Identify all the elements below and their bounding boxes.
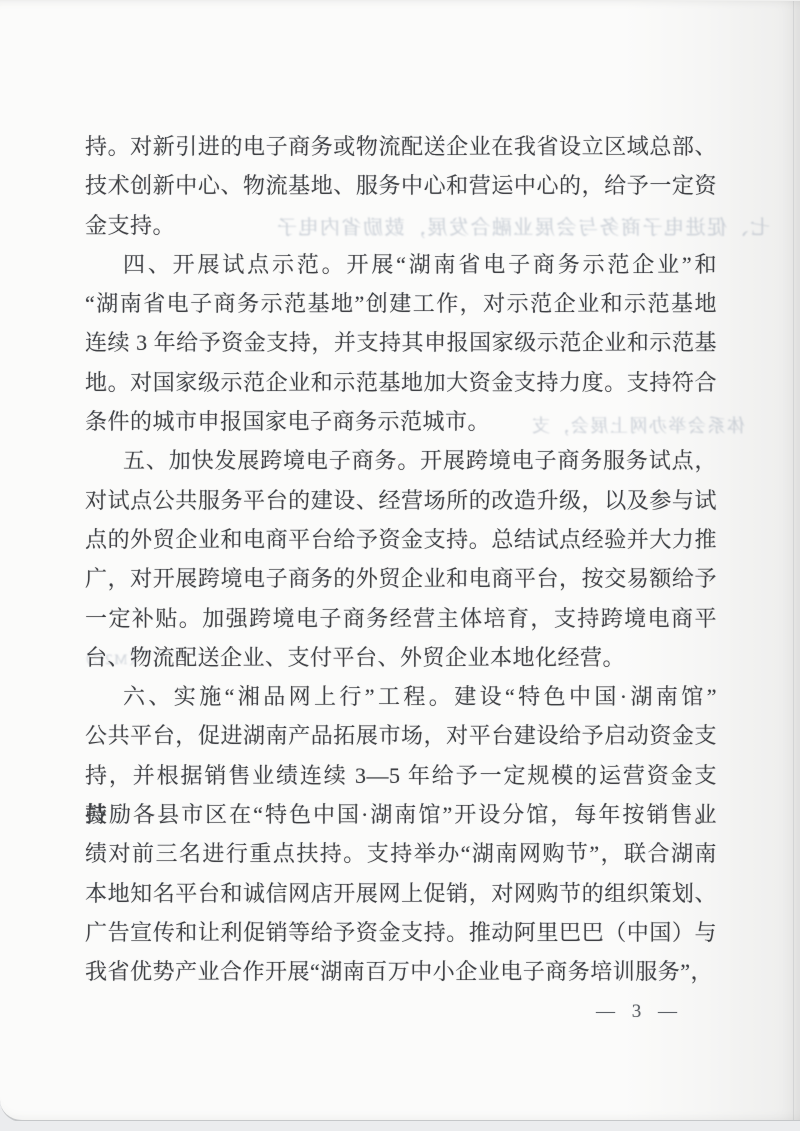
doc-line: 广，对开展跨境电子商务的外贸企业和电商平台，按交易额给予 (85, 559, 717, 598)
scanner-background (0, 1121, 800, 1131)
doc-line: 我省优势产业合作开展“湖南百万中小企业电子商务培训服务”， (85, 952, 717, 991)
doc-line: 持，并根据销售业绩连续 3—5 年给予一定规模的运营资金支持。 (85, 756, 717, 795)
doc-line: 台、物流配送企业、支付平台、外贸企业本地化经营。 (85, 638, 717, 677)
doc-line: 一定补贴。加强跨境电子商务经营主体培育，支持跨境电商平 (85, 599, 717, 638)
page-right-edge-line (793, 1, 794, 1120)
doc-line: 对试点公共服务平台的建设、经营场所的改造升级，以及参与试 (85, 481, 717, 520)
doc-line: 点的外贸企业和电商平台给予资金支持。总结试点经验并大力推 (85, 520, 717, 559)
doc-line: 条件的城市申报国家电子商务示范城市。 (85, 402, 717, 441)
doc-line: 技术创新中心、物流基地、服务中心和营运中心的，给予一定资 (85, 166, 717, 205)
doc-line: 持。对新引进的电子商务或物流配送企业在我省设立区域总部、 (85, 127, 717, 166)
doc-line: “湖南省电子商务示范基地”创建工作，对示范企业和示范基地 (85, 284, 717, 323)
scanned-page: 七、促进电子商务与会展业融合发展，鼓励省内电子 体系会举办网上展会，支 （M2C… (0, 0, 800, 1122)
doc-line: 绩对前三名进行重点扶持。支持举办“湖南网购节”，联合湖南 (85, 834, 717, 873)
doc-line: 五、加快发展跨境电子商务。开展跨境电子商务服务试点， (85, 441, 717, 480)
paragraph-continuation: 持。对新引进的电子商务或物流配送企业在我省设立区域总部、 技术创新中心、物流基地… (85, 127, 717, 245)
doc-line: 鼓励各县市区在“特色中国·湖南馆”开设分馆，每年按销售业 (85, 795, 717, 834)
paragraph-item-5: 五、加快发展跨境电子商务。开展跨境电子商务服务试点， 对试点公共服务平台的建设、… (85, 441, 717, 677)
doc-line: 公共平台，促进湖南产品拓展市场，对平台建设给予启动资金支 (85, 716, 717, 755)
paragraph-item-4: 四、开展试点示范。开展“湖南省电子商务示范企业”和 “湖南省电子商务示范基地”创… (85, 245, 717, 441)
doc-line: 广告宣传和让利促销等给予资金支持。推动阿里巴巴（中国）与 (85, 913, 717, 952)
doc-line: 地。对国家级示范企业和示范基地加大资金支持力度。支持符合 (85, 363, 717, 402)
page-number: — 3 — (596, 1001, 696, 1023)
doc-line: 连续 3 年给予资金支持，并支持其申报国家级示范企业和示范基 (85, 323, 717, 362)
paragraph-item-6: 六、实施“湘品网上行”工程。建设“特色中国·湖南馆” 公共平台，促进湖南产品拓展… (85, 677, 717, 991)
doc-line: 本地知名平台和诚信网店开展网上促销，对网购节的组织策划、 (85, 874, 717, 913)
document-body: 持。对新引进的电子商务或物流配送企业在我省设立区域总部、 技术创新中心、物流基地… (85, 127, 717, 992)
doc-line: 金支持。 (85, 206, 717, 245)
doc-line: 六、实施“湘品网上行”工程。建设“特色中国·湖南馆” (85, 677, 717, 716)
doc-line: 四、开展试点示范。开展“湖南省电子商务示范企业”和 (85, 245, 717, 284)
